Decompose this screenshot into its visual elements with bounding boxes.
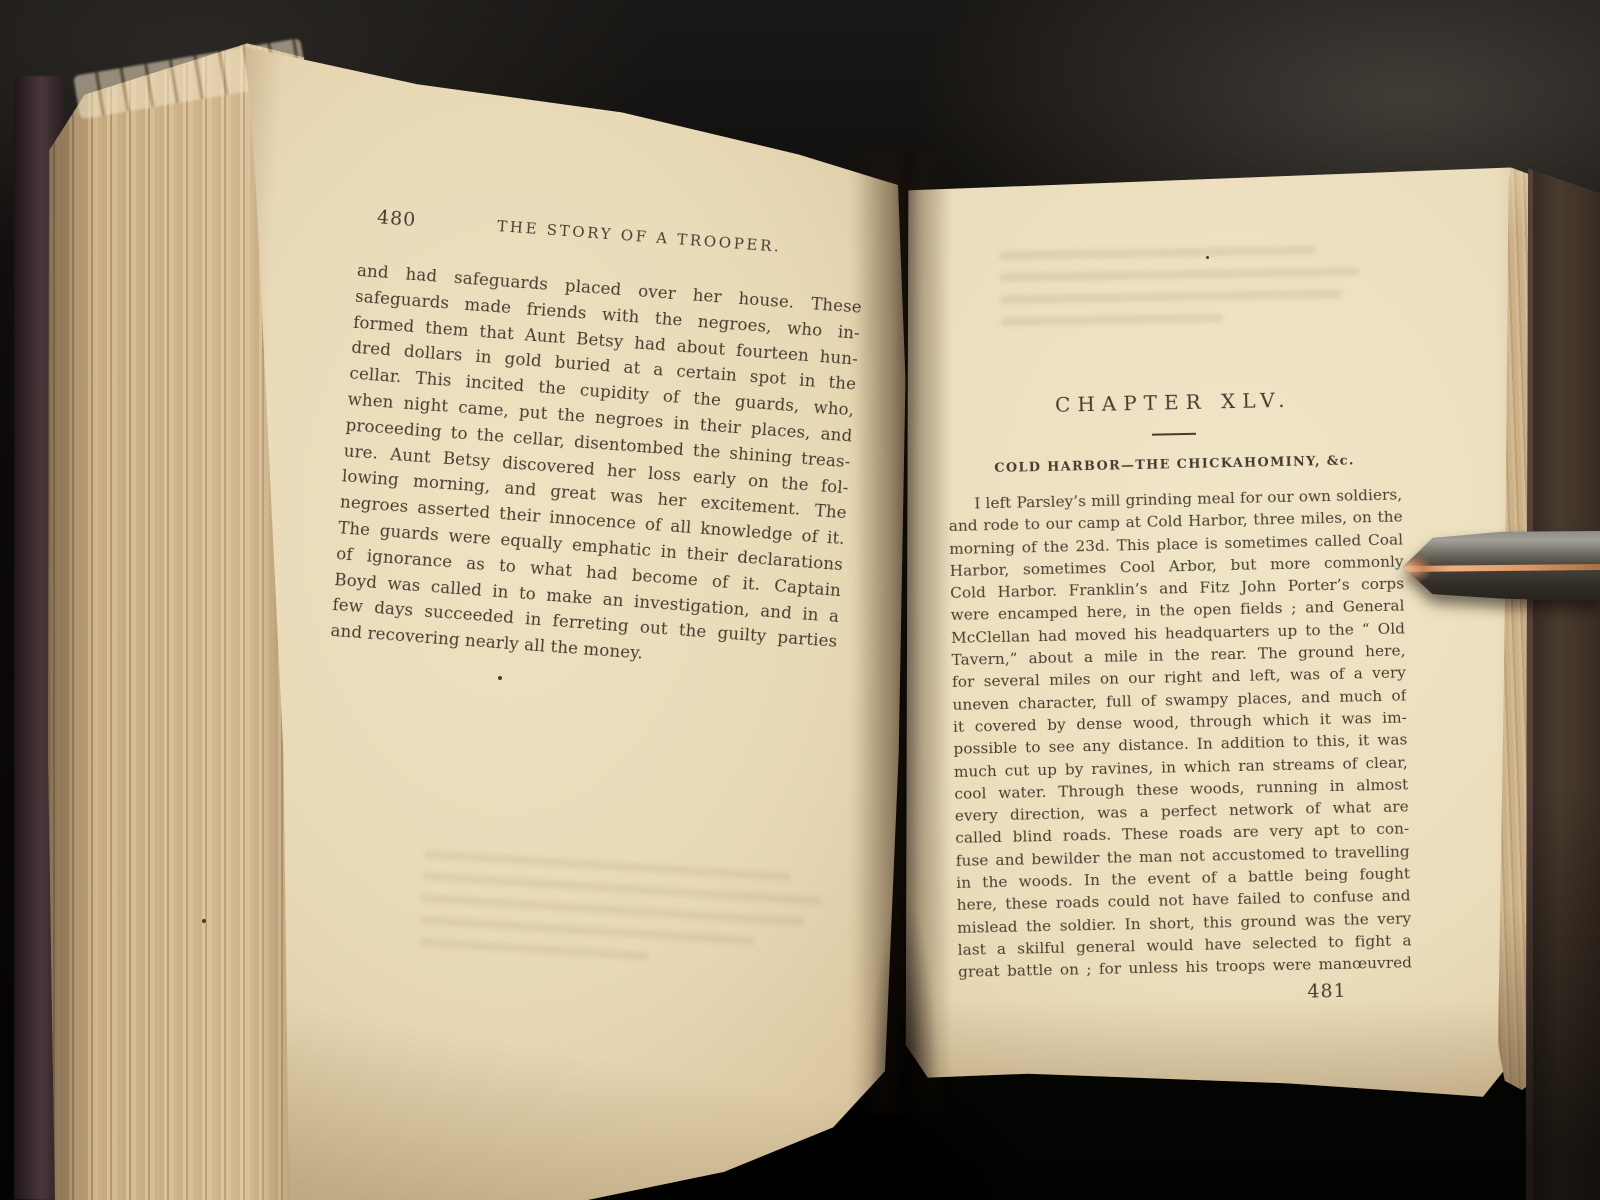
pen-pointer xyxy=(1403,528,1600,604)
pen-body xyxy=(1403,528,1600,604)
right-page-text-block: CHAPTER XLV. COLD HARBOR—THE CHICKAHOMIN… xyxy=(946,382,1413,1009)
section-rule xyxy=(1152,433,1196,436)
paper-speck xyxy=(1206,256,1209,259)
open-book-photo: 480 THE STORY OF A TROOPER. and had safe… xyxy=(0,0,1600,1200)
left-page-number: 480 xyxy=(376,205,417,232)
pen-tip-glint xyxy=(1403,554,1431,583)
right-page-paragraph: I left Parsley’s mill grinding meal for … xyxy=(948,483,1412,983)
right-book-cover xyxy=(1526,158,1600,1200)
gutter-shadow xyxy=(856,150,952,1114)
left-page-text-block: 480 THE STORY OF A TROOPER. and had safe… xyxy=(330,204,867,681)
paper-speck xyxy=(202,919,206,923)
paper-speck xyxy=(498,676,502,680)
section-title: COLD HARBOR—THE CHICKAHOMINY, &c. xyxy=(947,452,1401,477)
left-page-paragraph: and had safeguards placed over her house… xyxy=(330,258,863,681)
